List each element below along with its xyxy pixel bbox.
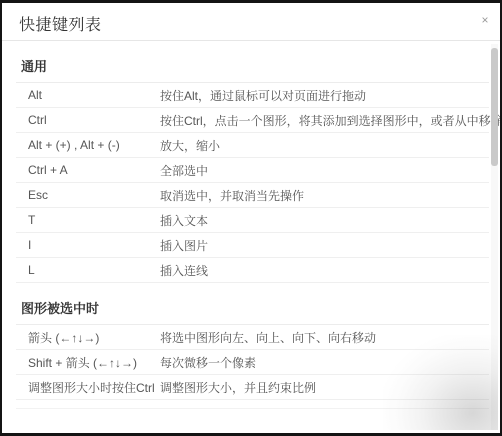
table-bottom-divider — [16, 408, 489, 409]
shortcut-row: T插入文本 — [16, 208, 489, 233]
shortcut-row: L插入连线 — [16, 258, 489, 283]
close-icon[interactable]: × — [477, 12, 493, 28]
shortcut-description: 调整图形大小，并且约束比例 — [160, 379, 489, 396]
shortcut-description: 放大，缩小 — [160, 137, 489, 154]
section-heading: 图形被选中时 — [16, 298, 489, 325]
shortcut-row: Alt + (+) , Alt + (-)放大，缩小 — [16, 133, 489, 158]
section: 图形被选中时箭头 (←↑↓→)将选中图形向左、向上、向下、向右移动Shift +… — [16, 298, 489, 400]
shortcut-key: Shift + 箭头 (←↑↓→) — [28, 354, 160, 371]
section-heading: 通用 — [16, 56, 489, 83]
dialog-body: 通用Alt按住Alt，通过鼠标可以对页面进行拖动Ctrl按住Ctrl，点击一个图… — [2, 41, 491, 433]
shortcut-row: 调整图形大小时按住Ctrl调整图形大小，并且约束比例 — [16, 375, 489, 400]
section: 通用Alt按住Alt，通过鼠标可以对页面进行拖动Ctrl按住Ctrl，点击一个图… — [16, 56, 489, 283]
shortcut-row: Esc取消选中，并取消当先操作 — [16, 183, 489, 208]
shortcut-key: Ctrl — [28, 113, 160, 127]
shortcut-key: 调整图形大小时按住Ctrl — [28, 379, 160, 396]
shortcut-description: 插入图片 — [160, 237, 489, 254]
shortcut-description: 按住Alt，通过鼠标可以对页面进行拖动 — [160, 87, 489, 104]
shortcut-description: 全部选中 — [160, 162, 489, 179]
shortcut-key: Alt + (+) , Alt + (-) — [28, 138, 160, 152]
shortcut-sections: 通用Alt按住Alt，通过鼠标可以对页面进行拖动Ctrl按住Ctrl，点击一个图… — [16, 56, 489, 400]
shortcut-row: Alt按住Alt，通过鼠标可以对页面进行拖动 — [16, 83, 489, 108]
shortcut-description: 取消选中，并取消当先操作 — [160, 187, 489, 204]
shortcut-key: Alt — [28, 88, 160, 102]
shortcut-key: Ctrl + A — [28, 163, 160, 177]
shortcut-key: L — [28, 263, 160, 277]
shortcut-key: T — [28, 213, 160, 227]
shortcuts-dialog: 快捷键列表 × 通用Alt按住Alt，通过鼠标可以对页面进行拖动Ctrl按住Ct… — [0, 0, 502, 436]
shortcut-description: 每次微移一个像素 — [160, 354, 489, 371]
dialog-header: 快捷键列表 × — [2, 3, 500, 41]
shortcut-key: Esc — [28, 188, 160, 202]
shortcut-row: Ctrl + A全部选中 — [16, 158, 489, 183]
shortcut-key: I — [28, 238, 160, 252]
scrollbar-thumb[interactable] — [491, 48, 498, 166]
scrollbar[interactable] — [491, 44, 498, 430]
shortcut-row: Ctrl按住Ctrl，点击一个图形，将其添加到选择图形中，或者从中移除 — [16, 108, 489, 133]
dialog-title: 快捷键列表 — [19, 12, 102, 35]
shortcut-description: 插入文本 — [160, 212, 489, 229]
shortcut-row: 箭头 (←↑↓→)将选中图形向左、向上、向下、向右移动 — [16, 325, 489, 350]
shortcut-description: 按住Ctrl，点击一个图形，将其添加到选择图形中，或者从中移除 — [160, 112, 502, 129]
shortcut-row: Shift + 箭头 (←↑↓→)每次微移一个像素 — [16, 350, 489, 375]
shortcut-row: I插入图片 — [16, 233, 489, 258]
shortcut-description: 将选中图形向左、向上、向下、向右移动 — [160, 329, 489, 346]
shortcut-key: 箭头 (←↑↓→) — [28, 329, 160, 346]
shortcut-description: 插入连线 — [160, 262, 489, 279]
